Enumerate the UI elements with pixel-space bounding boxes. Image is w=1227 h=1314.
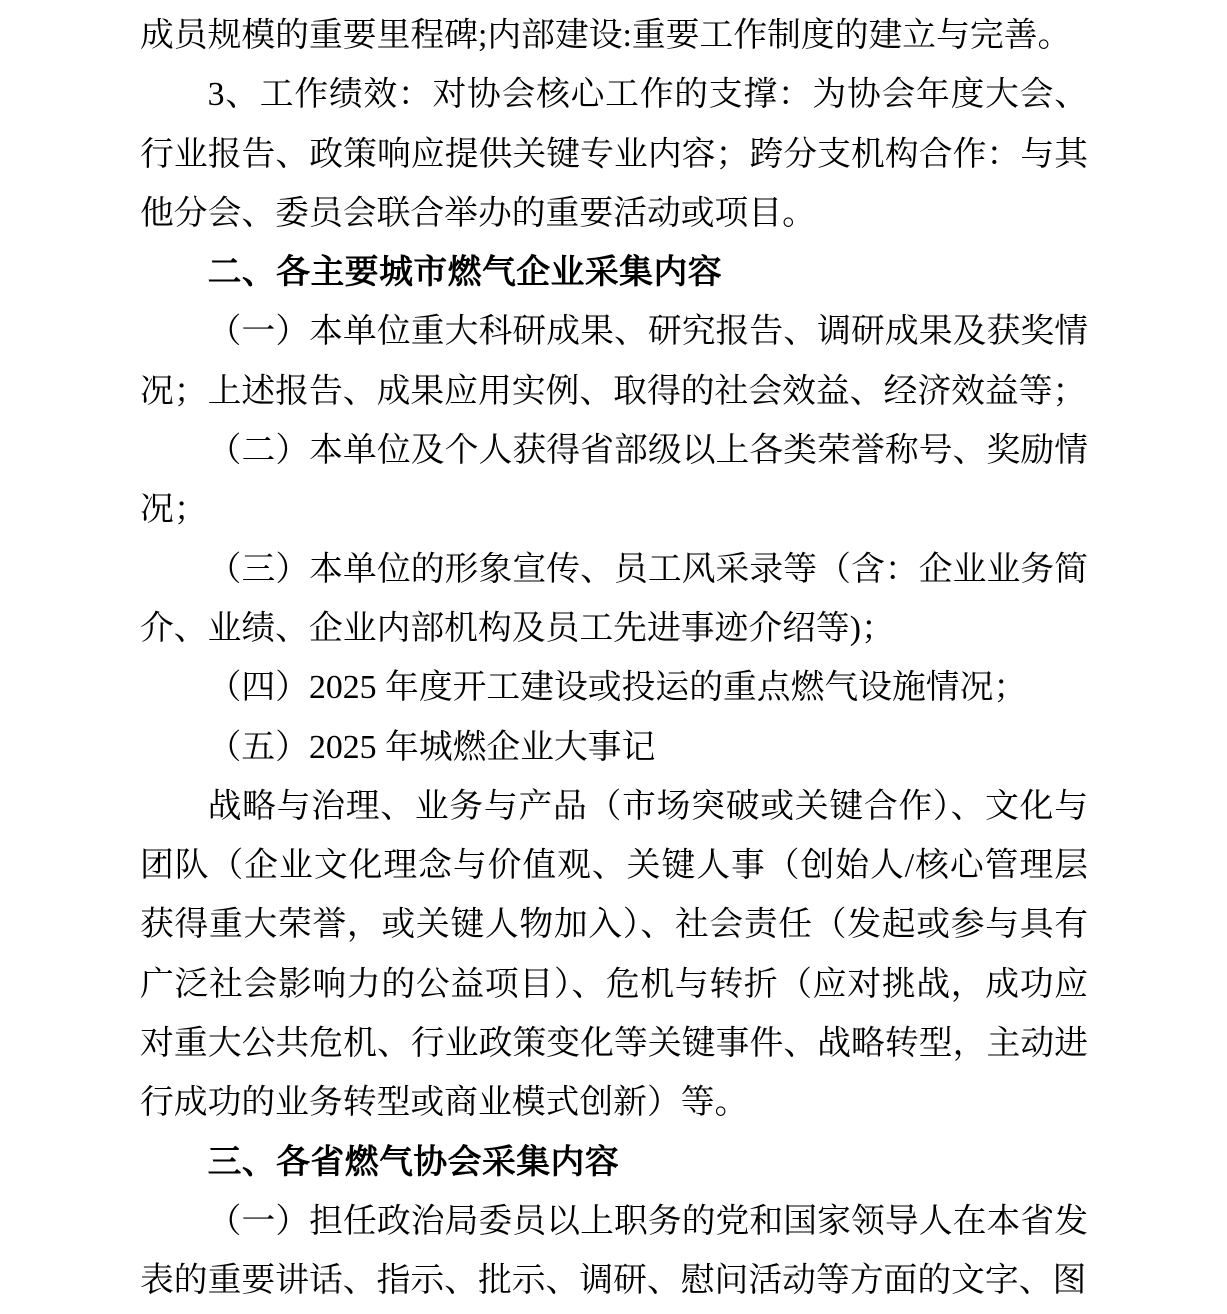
document-page: 成员规模的重要里程碑;内部建设:重要工作制度的建立与完善。 3、工作绩效：对协会… xyxy=(0,0,1227,1314)
paragraph-item-1: （一）本单位重大科研成果、研究报告、调研成果及获奖情况；上述报告、成果应用实例、… xyxy=(140,302,1088,421)
section-heading-2: 二、各主要城市燃气企业采集内容 xyxy=(140,243,1088,302)
paragraph-item-4: （四）2025 年度开工建设或投运的重点燃气设施情况； xyxy=(140,658,1088,717)
paragraph-continuation: 成员规模的重要里程碑;内部建设:重要工作制度的建立与完善。 xyxy=(140,6,1088,65)
paragraph-item-3: （三）本单位的形象宣传、员工风采录等（含：企业业务简介、业绩、企业内部机构及员工… xyxy=(140,540,1088,659)
paragraph-work-performance: 3、工作绩效：对协会核心工作的支撑：为协会年度大会、行业报告、政策响应提供关键专… xyxy=(140,65,1088,243)
paragraph-item-5: （五）2025 年城燃企业大事记 xyxy=(140,718,1088,777)
paragraph-provincial-item-1: （一）担任政治局委员以上职务的党和国家领导人在本省发表的重要讲话、指示、批示、调… xyxy=(140,1192,1088,1311)
paragraph-item-2: （二）本单位及个人获得省部级以上各类荣誉称号、奖励情况； xyxy=(140,421,1088,540)
paragraph-milestones-detail: 战略与治理、业务与产品（市场突破或关键合作）、文化与团队（企业文化理念与价值观、… xyxy=(140,777,1088,1133)
section-heading-3: 三、各省燃气协会采集内容 xyxy=(140,1133,1088,1192)
